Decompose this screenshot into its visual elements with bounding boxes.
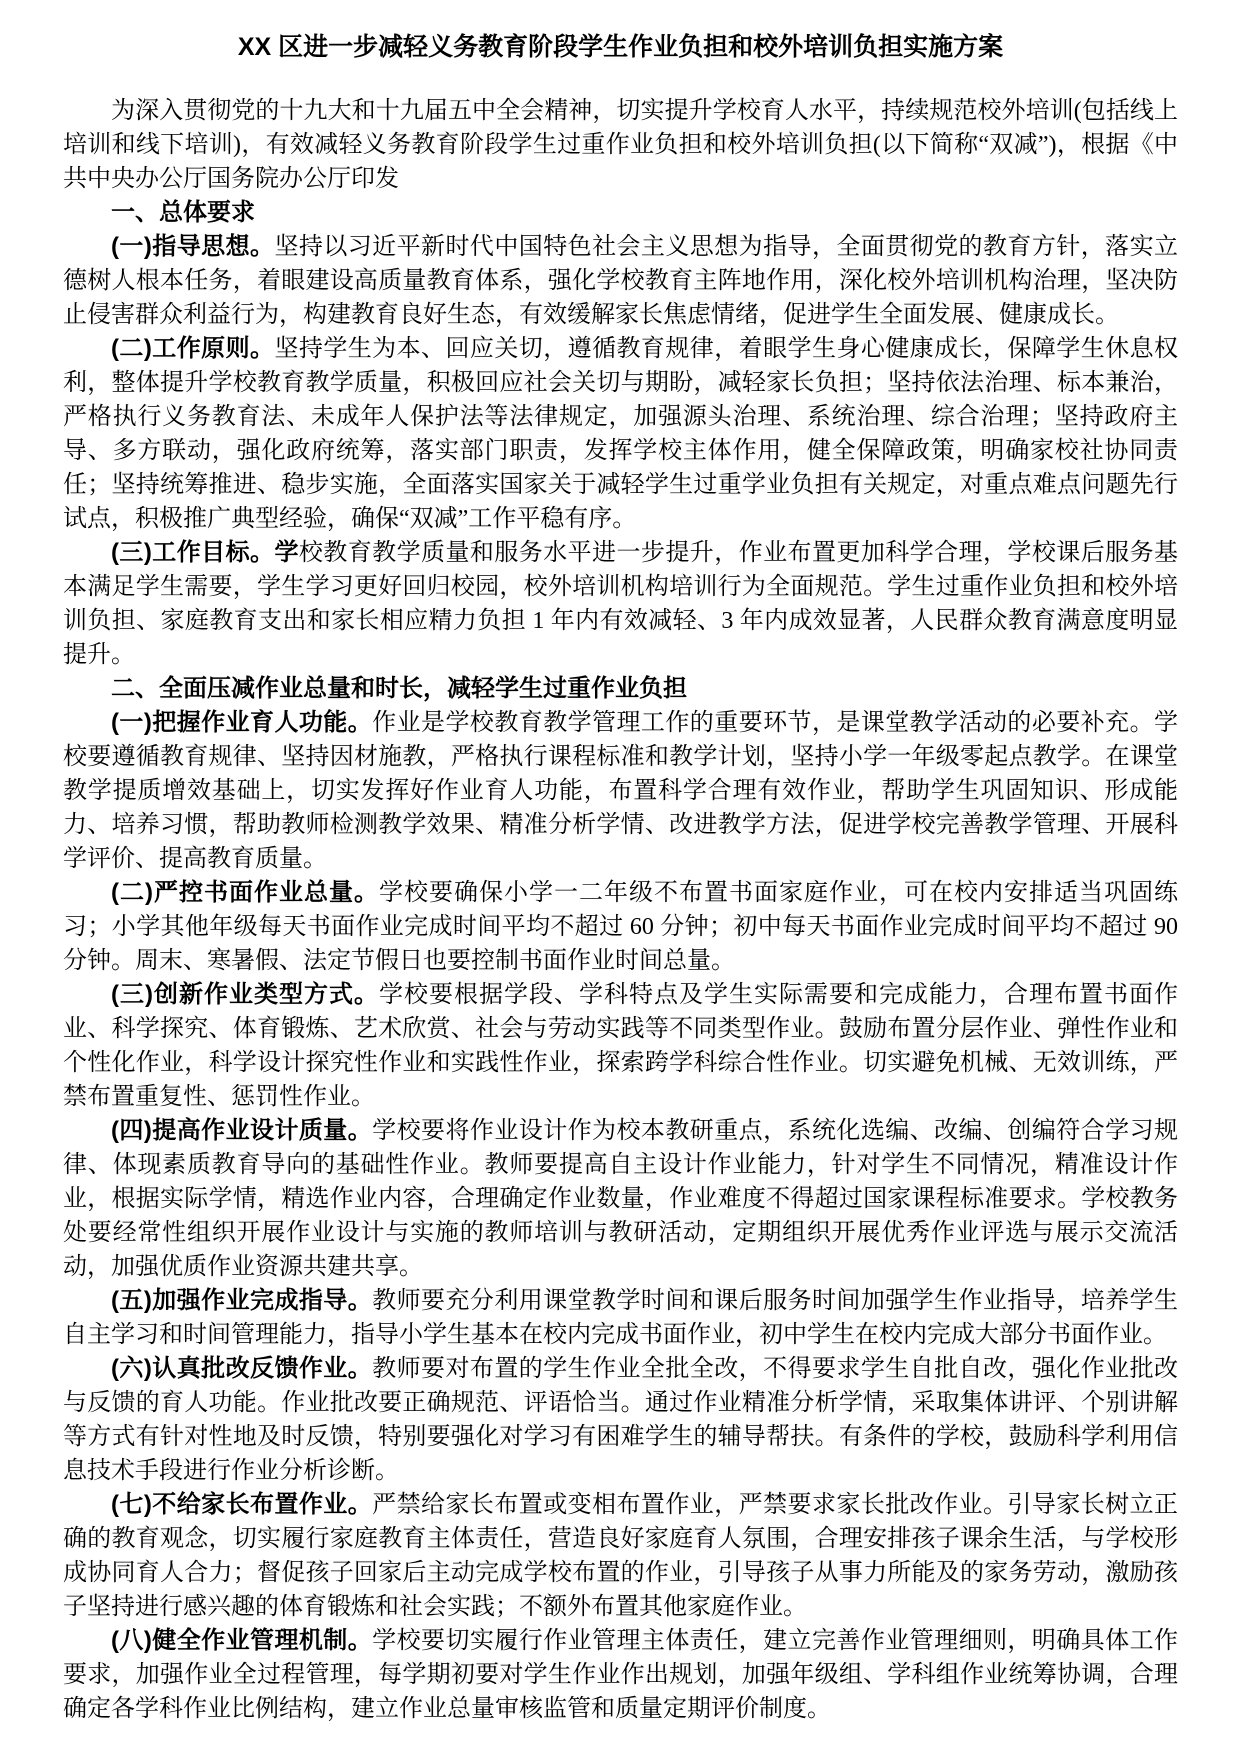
paragraph-lead: (八)健全作业管理机制。 bbox=[111, 1627, 372, 1654]
paragraph-lead: (四)提高作业设计质量。 bbox=[111, 1117, 372, 1144]
paragraph-lead: (二)严控书面作业总量。 bbox=[111, 879, 379, 906]
section-heading: 二、全面压减作业总量和时长，减轻学生过重作业负担 bbox=[63, 672, 1178, 706]
document-page: XX 区进一步减轻义务教育阶段学生作业负担和校外培训负担实施方案 为深入贯彻党的… bbox=[0, 0, 1240, 1754]
paragraph-lead: (二)工作原则。 bbox=[111, 335, 274, 362]
document-title: XX 区进一步减轻义务教育阶段学生作业负担和校外培训负担实施方案 bbox=[63, 30, 1178, 64]
paragraph: (四)提高作业设计质量。学校要将作业设计作为校本教研重点，系统化选编、改编、创编… bbox=[63, 1114, 1178, 1284]
paragraph-lead: (三)创新作业类型方式。 bbox=[111, 981, 379, 1008]
document-body: 为深入贯彻党的十九大和十九届五中全会精神，切实提升学校育人水平，持续规范校外培训… bbox=[63, 94, 1178, 1726]
section-heading: 一、总体要求 bbox=[63, 196, 1178, 230]
paragraph: (一)指导思想。坚持以习近平新时代中国特色社会主义思想为指导，全面贯彻党的教育方… bbox=[63, 230, 1178, 332]
paragraph: (二)工作原则。坚持学生为本、回应关切，遵循教育规律，着眼学生身心健康成长，保障… bbox=[63, 332, 1178, 536]
paragraph: (一)把握作业育人功能。作业是学校教育教学管理工作的重要环节，是课堂教学活动的必… bbox=[63, 706, 1178, 876]
paragraph: (七)不给家长布置作业。严禁给家长布置或变相布置作业，严禁要求家长批改作业。引导… bbox=[63, 1488, 1178, 1624]
paragraph-lead: (一)指导思想。 bbox=[111, 233, 274, 260]
paragraph: (五)加强作业完成指导。教师要充分利用课堂教学时间和课后服务时间加强学生作业指导… bbox=[63, 1284, 1178, 1352]
paragraph: (三)工作目标。学校教育教学质量和服务水平进一步提升，作业布置更加科学合理，学校… bbox=[63, 536, 1178, 672]
paragraph-lead: (七)不给家长布置作业。 bbox=[111, 1491, 372, 1518]
paragraph: (二)严控书面作业总量。学校要确保小学一二年级不布置书面家庭作业，可在校内安排适… bbox=[63, 876, 1178, 978]
paragraph: (三)创新作业类型方式。学校要根据学段、学科特点及学生实际需要和完成能力，合理布… bbox=[63, 978, 1178, 1114]
paragraph-lead: (五)加强作业完成指导。 bbox=[111, 1287, 372, 1314]
paragraph-lead: (六)认真批改反馈作业。 bbox=[111, 1355, 372, 1382]
paragraph: 为深入贯彻党的十九大和十九届五中全会精神，切实提升学校育人水平，持续规范校外培训… bbox=[63, 94, 1178, 196]
paragraph-lead: (三)工作目标。学 bbox=[111, 539, 299, 566]
paragraph: (六)认真批改反馈作业。教师要对布置的学生作业全批全改，不得要求学生自批自改，强… bbox=[63, 1352, 1178, 1488]
paragraph: (八)健全作业管理机制。学校要切实履行作业管理主体责任，建立完善作业管理细则，明… bbox=[63, 1624, 1178, 1726]
paragraph-lead: (一)把握作业育人功能。 bbox=[111, 709, 372, 736]
